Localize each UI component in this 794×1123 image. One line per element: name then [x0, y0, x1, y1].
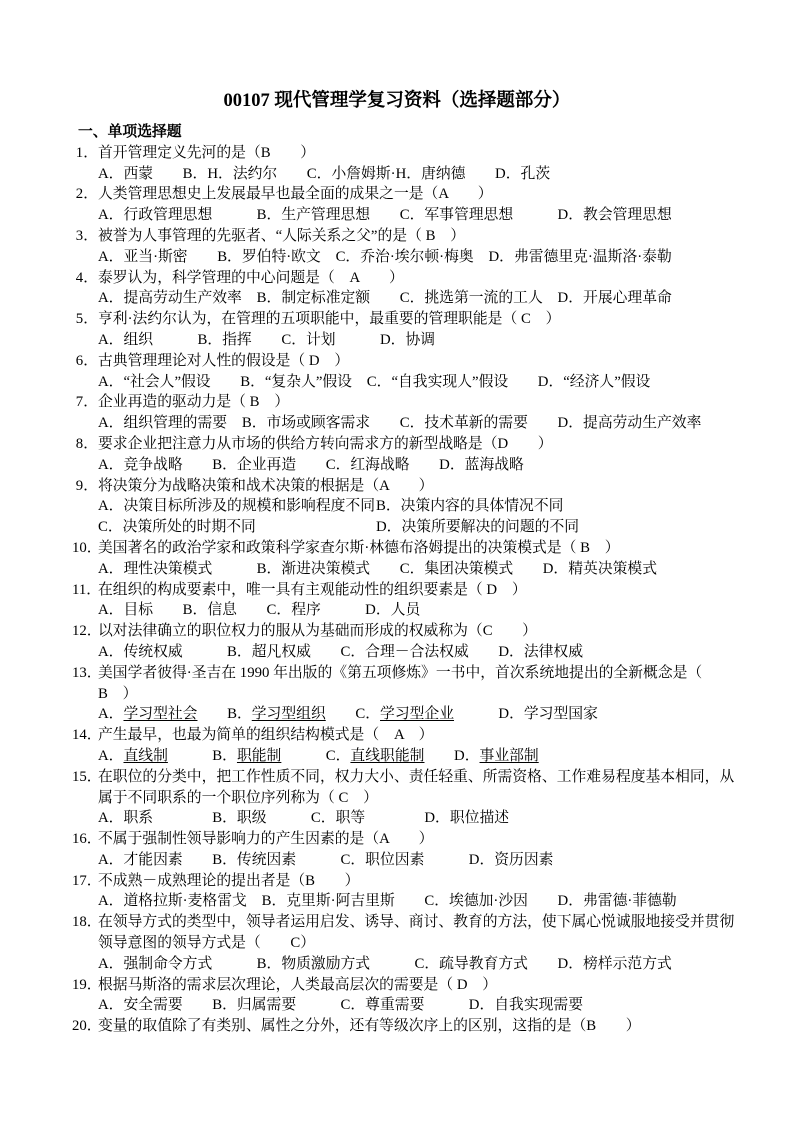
question-number: 16．: [72, 829, 98, 850]
option-segment: C．决策所处的时期不同: [98, 517, 376, 538]
question-number: 15．: [72, 767, 98, 788]
question-text: 不属于强制性领导影响力的产生因素的是（A ）: [98, 831, 433, 847]
option-segment: A．组织管理的需要 B．市场或顾客需求 C．技术革新的需要 D．提高劳动生产效率: [98, 415, 701, 431]
option-line: A．目标 B．信息 C．程序 D．人员: [98, 600, 758, 621]
question-number: 13．: [72, 663, 98, 684]
option-line: A．组织管理的需要 B．市场或顾客需求 C．技术革新的需要 D．提高劳动生产效率: [98, 413, 758, 434]
question-text: 首开管理定义先河的是（B ）: [98, 145, 315, 161]
question-number: 10．: [72, 538, 98, 559]
question-text: 美国学者彼得·圣吉在 1990 年出版的《第五项修炼》一书中，首次系统地提出的全…: [98, 665, 702, 681]
question-text: 在组织的构成要素中，唯一具有主观能动性的组织要素是（ D ）: [98, 582, 527, 598]
option-line: A．强制命令方式 B．物质激励方式 C．疏导教育方式 D．榜样示范方式: [98, 954, 758, 975]
question-stem: 9．将决策分为战略决策和战术决策的根据是（A ）: [98, 476, 758, 497]
question-stem: 4．泰罗认为，科学管理的中心问题是（ A ）: [98, 268, 758, 289]
question-item: 9．将决策分为战略决策和战术决策的根据是（A ）A．决策目标所涉及的规模和影响程…: [98, 476, 758, 538]
option-line: A．竞争战略 B．企业再造 C．红海战略 D．蓝海战略: [98, 455, 758, 476]
document-title: 00107 现代管理学复习资料（选择题部分）: [0, 0, 794, 112]
question-stem: 2．人类管理思想史上发展最早也最全面的成果之一是（A ）: [98, 184, 758, 205]
question-item: 3．被誉为人事管理的先驱者、“人际关系之父”的是（ B ）A．亚当·斯密 B．罗…: [98, 226, 758, 268]
question-item: 4．泰罗认为，科学管理的中心问题是（ A ）A．提高劳动生产效率 B．制定标准定…: [98, 268, 758, 310]
underlined-term: 学习型社会: [123, 706, 197, 722]
question-list: 1．首开管理定义先河的是（B ）A．西蒙 B．H．法约尔 C．小詹姆斯·H．唐纳…: [98, 143, 758, 1037]
option-segment: A．决策目标所涉及的规模和影响程度不同: [98, 496, 376, 517]
question-number: 6．: [72, 351, 98, 372]
option-line: A．“社会人”假设 B．“复杂人”假设 C．“自我实现人”假设 D．“经济人”假…: [98, 372, 758, 393]
question-item: 7．企业再造的驱动力是（ B ）A．组织管理的需要 B．市场或顾客需求 C．技术…: [98, 392, 758, 434]
question-text: 要求企业把注意力从市场的供给方转向需求方的新型战略是（D ）: [98, 436, 553, 452]
option-line: A．行政管理思想 B．生产管理思想 C．军事管理思想 D．教会管理思想: [98, 205, 758, 226]
option-segment: A．强制命令方式 B．物质激励方式 C．疏导教育方式 D．榜样示范方式: [98, 956, 672, 972]
option-segment: A．才能因素 B．传统因素 C．职位因素 D．资历因素: [98, 852, 553, 868]
question-text: 以对法律确立的职位权力的服从为基础而形成的权威称为（C ）: [98, 623, 537, 639]
question-text: 被誉为人事管理的先驱者、“人际关系之父”的是（ B ）: [98, 228, 465, 244]
option-line: A．西蒙 B．H．法约尔 C．小詹姆斯·H．唐纳德 D．孔茨: [98, 164, 758, 185]
option-line: A．才能因素 B．传统因素 C．职位因素 D．资历因素: [98, 850, 758, 871]
question-text: 根据马斯洛的需求层次理论，人类最高层次的需要是（ D ）: [98, 977, 497, 993]
question-number: 20．: [72, 1016, 98, 1037]
question-number: 11．: [72, 580, 98, 601]
question-stem: 3．被誉为人事管理的先驱者、“人际关系之父”的是（ B ）: [98, 226, 758, 247]
option-segment: A．目标 B．信息 C．程序 D．人员: [98, 602, 420, 618]
option-line: A．职系 B．职级 C．职等 D．职位描述: [98, 808, 758, 829]
section-heading: 一、单项选择题: [78, 122, 794, 143]
option-segment: A．竞争战略 B．企业再造 C．红海战略 D．蓝海战略: [98, 457, 524, 473]
option-line: A．直线制 B．职能制 C．直线职能制 D．事业部制: [98, 746, 758, 767]
question-stem: 1．首开管理定义先河的是（B ）: [98, 143, 758, 164]
question-number: 8．: [72, 434, 98, 455]
question-number: 9．: [72, 476, 98, 497]
option-segment: A．安全需要 B．归属需要 C．尊重需要 D．自我实现需要: [98, 997, 583, 1013]
question-number: 17．: [72, 871, 98, 892]
option-line: A．传统权威 B．超凡权威 C．合理－合法权威 D．法律权威: [98, 642, 758, 663]
document-page: 00107 现代管理学复习资料（选择题部分） 一、单项选择题 1．首开管理定义先…: [0, 0, 794, 1123]
question-stem: 11．在组织的构成要素中，唯一具有主观能动性的组织要素是（ D ）: [98, 580, 758, 601]
option-line: C．决策所处的时期不同D．决策所要解决的问题的不同: [98, 517, 758, 538]
option-segment: A．“社会人”假设 B．“复杂人”假设 C．“自我实现人”假设 D．“经济人”假…: [98, 374, 650, 390]
question-number: 7．: [72, 392, 98, 413]
option-segment: A．提高劳动生产效率 B．制定标准定额 C．挑选第一流的工人 D．开展心理革命: [98, 290, 672, 306]
option-segment: A．理性决策模式 B．渐进决策模式 C．集团决策模式 D．精英决策模式: [98, 561, 657, 577]
question-stem: 6．古典管理理论对人性的假设是（ D ）: [98, 351, 758, 372]
question-number: 1．: [72, 143, 98, 164]
option-line: A．理性决策模式 B．渐进决策模式 C．集团决策模式 D．精英决策模式: [98, 559, 758, 580]
question-item: 6．古典管理理论对人性的假设是（ D ）A．“社会人”假设 B．“复杂人”假设 …: [98, 351, 758, 393]
question-text-continued: B ）: [98, 684, 758, 705]
question-stem: 17．不成熟－成熟理论的提出者是（B ）: [98, 871, 758, 892]
question-stem: 16．不属于强制性领导影响力的产生因素的是（A ）: [98, 829, 758, 850]
question-item: 11．在组织的构成要素中，唯一具有主观能动性的组织要素是（ D ）A．目标 B．…: [98, 580, 758, 622]
question-stem: 13．美国学者彼得·圣吉在 1990 年出版的《第五项修炼》一书中，首次系统地提…: [98, 663, 758, 684]
question-text: 将决策分为战略决策和战术决策的根据是（A ）: [98, 478, 433, 494]
question-text-continued: 领导意图的领导方式是（ C）: [98, 933, 758, 954]
question-item: 15．在职位的分类中，把工作性质不同，权力大小、责任轻重、所需资格、工作难易程度…: [98, 767, 758, 829]
question-text: 美国著名的政治学家和政策科学家查尔斯·林德布洛姆提出的决策模式是（ B ）: [98, 540, 620, 556]
underlined-term: 直线职能制: [350, 748, 424, 764]
option-segment: A．传统权威 B．超凡权威 C．合理－合法权威 D．法律权威: [98, 644, 583, 660]
underlined-term: 学习型组织: [252, 706, 326, 722]
option-line: A．安全需要 B．归属需要 C．尊重需要 D．自我实现需要: [98, 995, 758, 1016]
question-item: 16．不属于强制性领导影响力的产生因素的是（A ）A．才能因素 B．传统因素 C…: [98, 829, 758, 871]
question-stem: 7．企业再造的驱动力是（ B ）: [98, 392, 758, 413]
question-stem: 19．根据马斯洛的需求层次理论，人类最高层次的需要是（ D ）: [98, 975, 758, 996]
question-item: 1．首开管理定义先河的是（B ）A．西蒙 B．H．法约尔 C．小詹姆斯·H．唐纳…: [98, 143, 758, 185]
underlined-term: 职能制: [380, 748, 424, 764]
option-segment: A．道格拉斯·麦格雷戈 B．克里斯·阿吉里斯 C．埃德加·沙因 D．弗雷德·菲德…: [98, 893, 677, 909]
option-segment: A．职系 B．职级 C．职等 D．职位描述: [98, 810, 509, 826]
question-number: 19．: [72, 975, 98, 996]
question-item: 5．亨利·法约尔认为，在管理的五项职能中，最重要的管理职能是（ C ）A．组织 …: [98, 309, 758, 351]
option-segment: A．直线制 B．职能制 C．直线职能制 D．事业部制: [98, 748, 539, 764]
question-stem: 8．要求企业把注意力从市场的供给方转向需求方的新型战略是（D ）: [98, 434, 758, 455]
question-text: 亨利·法约尔认为，在管理的五项职能中，最重要的管理职能是（ C ）: [98, 311, 560, 327]
question-text: 人类管理思想史上发展最早也最全面的成果之一是（A ）: [98, 186, 493, 202]
question-stem: 15．在职位的分类中，把工作性质不同，权力大小、责任轻重、所需资格、工作难易程度…: [98, 767, 758, 788]
option-line: A．道格拉斯·麦格雷戈 B．克里斯·阿吉里斯 C．埃德加·沙因 D．弗雷德·菲德…: [98, 891, 758, 912]
option-line: A．学习型社会 B．学习型组织 C．学习型企业 D．学习型国家: [98, 704, 758, 725]
question-stem: 18．在领导方式的类型中，领导者运用启发、诱导、商讨、教育的方法，使下属心悦诚服…: [98, 912, 758, 933]
question-item: 13．美国学者彼得·圣吉在 1990 年出版的《第五项修炼》一书中，首次系统地提…: [98, 663, 758, 725]
option-segment: A．西蒙 B．H．法约尔 C．小詹姆斯·H．唐纳德 D．孔茨: [98, 166, 550, 182]
question-number: 3．: [72, 226, 98, 247]
underlined-term: 直线制: [123, 748, 167, 764]
underlined-term: 学习型企业: [380, 706, 454, 722]
question-text: 古典管理理论对人性的假设是（ D ）: [98, 353, 349, 369]
question-text: 不成熟－成熟理论的提出者是（B ）: [98, 873, 359, 889]
question-item: 2．人类管理思想史上发展最早也最全面的成果之一是（A ）A．行政管理思想 B．生…: [98, 184, 758, 226]
question-item: 18．在领导方式的类型中，领导者运用启发、诱导、商讨、教育的方法，使下属心悦诚服…: [98, 912, 758, 974]
question-stem: 14．产生最早，也最为简单的组织结构模式是（ A ）: [98, 725, 758, 746]
question-item: 14．产生最早，也最为简单的组织结构模式是（ A ）A．直线制 B．职能制 C．…: [98, 725, 758, 767]
option-segment: A．亚当·斯密 B．罗伯特·欧文 C．乔治·埃尔顿·梅奥 D．弗雷德里克·温斯洛…: [98, 249, 672, 265]
question-number: 14．: [72, 725, 98, 746]
question-item: 8．要求企业把注意力从市场的供给方转向需求方的新型战略是（D ）A．竞争战略 B…: [98, 434, 758, 476]
question-text: 企业再造的驱动力是（ B ）: [98, 394, 289, 410]
question-stem: 12．以对法律确立的职位权力的服从为基础而形成的权威称为（C ）: [98, 621, 758, 642]
option-line: A．提高劳动生产效率 B．制定标准定额 C．挑选第一流的工人 D．开展心理革命: [98, 288, 758, 309]
question-number: 4．: [72, 268, 98, 289]
question-text: 在职位的分类中，把工作性质不同，权力大小、责任轻重、所需资格、工作难易程度基本相…: [98, 769, 734, 785]
question-text: 产生最早，也最为简单的组织结构模式是（ A ）: [98, 727, 433, 743]
question-stem: 10．美国著名的政治学家和政策科学家查尔斯·林德布洛姆提出的决策模式是（ B ）: [98, 538, 758, 559]
question-stem: 20．变量的取值除了有类别、属性之分外，还有等级次序上的区别，这指的是（B ）: [98, 1016, 758, 1037]
option-line: A．决策目标所涉及的规模和影响程度不同B．决策内容的具体情况不同: [98, 496, 758, 517]
question-item: 19．根据马斯洛的需求层次理论，人类最高层次的需要是（ D ）A．安全需要 B．…: [98, 975, 758, 1017]
question-number: 5．: [72, 309, 98, 330]
underlined-term: 事业部制: [480, 748, 539, 764]
option-line: A．组织 B．指挥 C．计划 D．协调: [98, 330, 758, 351]
question-item: 17．不成熟－成熟理论的提出者是（B ）A．道格拉斯·麦格雷戈 B．克里斯·阿吉…: [98, 871, 758, 913]
question-text-continued: 属于不同职系的一个职位序列称为（ C ）: [98, 788, 758, 809]
option-line: A．亚当·斯密 B．罗伯特·欧文 C．乔治·埃尔顿·梅奥 D．弗雷德里克·温斯洛…: [98, 247, 758, 268]
question-item: 20．变量的取值除了有类别、属性之分外，还有等级次序上的区别，这指的是（B ）: [98, 1016, 758, 1037]
underlined-term: 职能制: [237, 748, 281, 764]
question-text: 在领导方式的类型中，领导者运用启发、诱导、商讨、教育的方法，使下属心悦诚服地接受…: [98, 914, 734, 930]
question-number: 12．: [72, 621, 98, 642]
question-number: 18．: [72, 912, 98, 933]
question-stem: 5．亨利·法约尔认为，在管理的五项职能中，最重要的管理职能是（ C ）: [98, 309, 758, 330]
question-item: 10．美国著名的政治学家和政策科学家查尔斯·林德布洛姆提出的决策模式是（ B ）…: [98, 538, 758, 580]
question-number: 2．: [72, 184, 98, 205]
option-segment: A．行政管理思想 B．生产管理思想 C．军事管理思想 D．教会管理思想: [98, 207, 672, 223]
question-item: 12．以对法律确立的职位权力的服从为基础而形成的权威称为（C ）A．传统权威 B…: [98, 621, 758, 663]
option-segment: D．决策所要解决的问题的不同: [376, 519, 579, 535]
option-segment: B．决策内容的具体情况不同: [376, 498, 563, 514]
question-text: 变量的取值除了有类别、属性之分外，还有等级次序上的区别，这指的是（B ）: [98, 1018, 641, 1034]
option-segment: A．组织 B．指挥 C．计划 D．协调: [98, 332, 435, 348]
option-segment: A．学习型社会 B．学习型组织 C．学习型企业 D．学习型国家: [98, 706, 598, 722]
question-text: 泰罗认为，科学管理的中心问题是（ A ）: [98, 270, 404, 286]
